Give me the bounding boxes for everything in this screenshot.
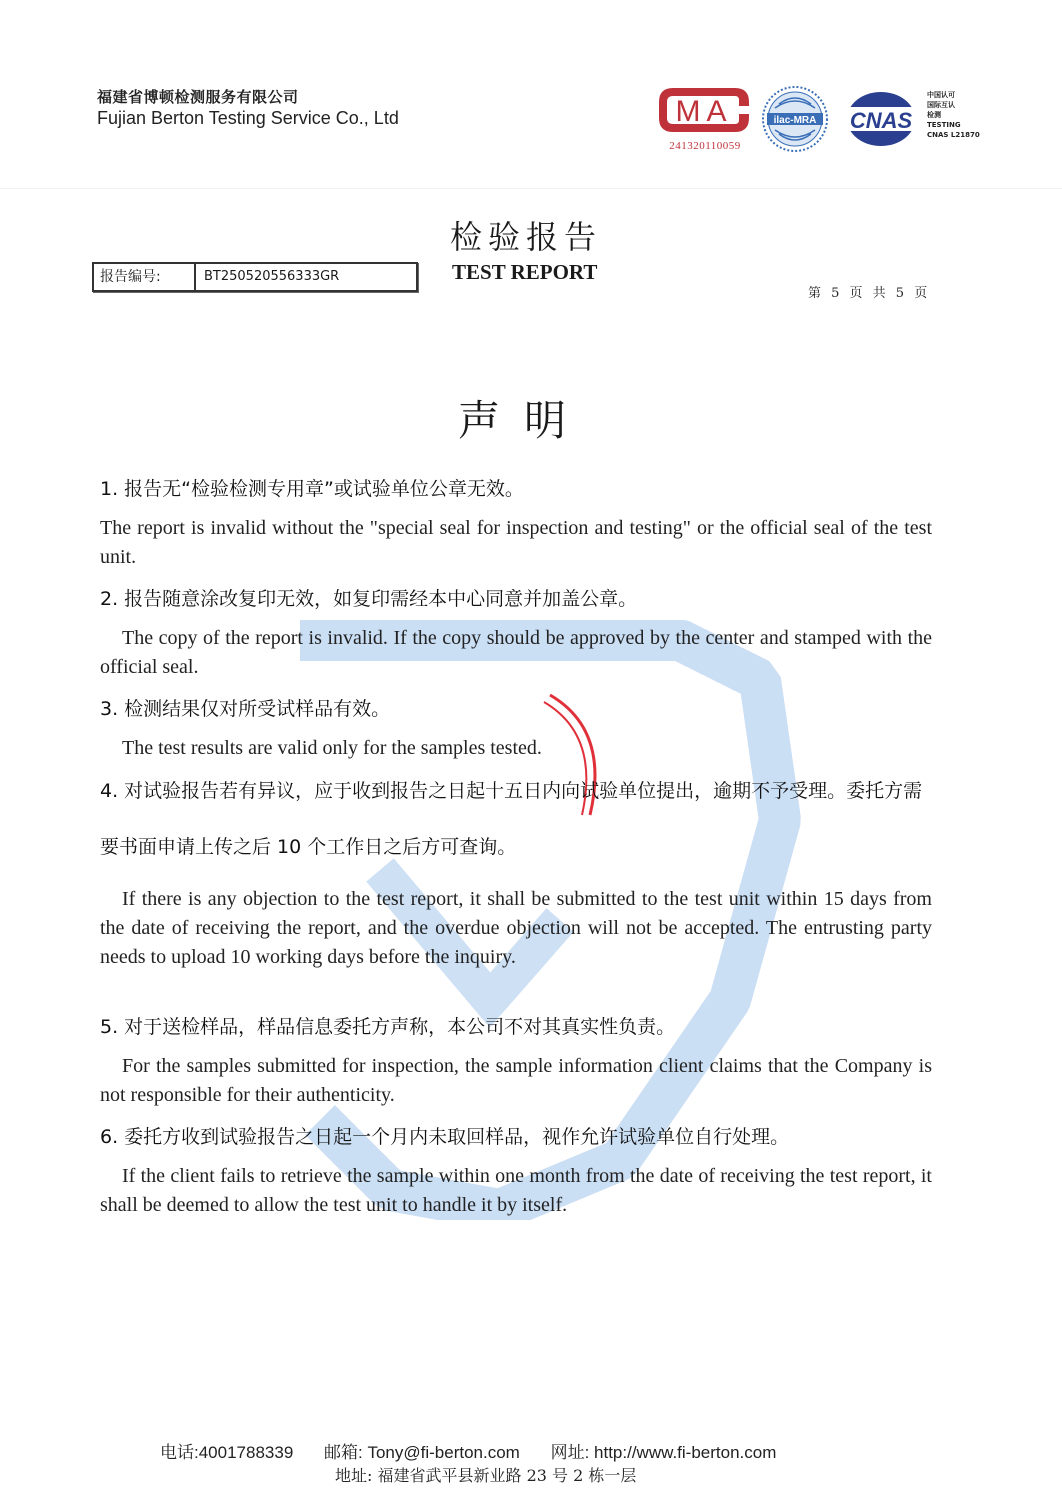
company-name-en: Fujian Berton Testing Service Co., Ltd: [97, 108, 399, 129]
declaration-item-cn: 1. 报告无“检验检测专用章”或试验单位公章无效。: [100, 474, 932, 504]
footer-address: 地址: 福建省武平县新业路 23 号 2 栋一层: [335, 1463, 636, 1486]
declaration-item: 3. 检测结果仅对所受试样品有效。 The test results are v…: [100, 694, 932, 763]
declaration-item: 5. 对于送检样品，样品信息委托方声称，本公司不对其真实性负责。 For the…: [100, 1012, 932, 1110]
footer-phone: 电话:4001788339: [160, 1443, 293, 1462]
company-name-cn: 福建省博顿检测服务有限公司: [97, 86, 299, 107]
declaration-item: 2. 报告随意涂改复印无效，如复印需经本中心同意并加盖公章。 The copy …: [100, 584, 932, 682]
footer-website: 网址: http://www.fi-berton.com: [551, 1443, 777, 1462]
header-divider: [0, 188, 1062, 189]
report-number-box: 报告编号: BT250520556333GR: [92, 262, 418, 292]
declaration-item-en: If there is any objection to the test re…: [100, 885, 932, 972]
footer-contact: 电话:4001788339 邮箱: Tony@fi-berton.com 网址:…: [160, 1438, 900, 1463]
declaration-item-en: The test results are valid only for the …: [100, 734, 932, 763]
declaration-item: 4. 对试验报告若有异议，应于收到报告之日起十五日内向试验单位提出，逾期不予受理…: [100, 763, 932, 972]
ilac-mra-logo-icon: ilac-MRA: [761, 84, 829, 154]
report-number-label: 报告编号:: [94, 264, 196, 290]
declaration-item-cn: 5. 对于送检样品，样品信息委托方声称，本公司不对其真实性负责。: [100, 1012, 932, 1042]
cnas-logo-icon: CNAS: [840, 90, 922, 148]
page-indicator: 第 5 页 共 5 页: [808, 282, 930, 301]
declaration-item-en: The copy of the report is invalid. If th…: [100, 624, 932, 682]
declaration-item-cn: 2. 报告随意涂改复印无效，如复印需经本中心同意并加盖公章。: [100, 584, 932, 614]
cnas-accreditation-text: 中国认可 国际互认 检测 TESTING CNAS L21870: [927, 90, 980, 140]
report-title-en: TEST REPORT: [452, 260, 597, 285]
cma-logo-icon: MA: [655, 84, 753, 136]
declaration-item-cn: 4. 对试验报告若有异议，应于收到报告之日起十五日内向试验单位提出，逾期不予受理…: [100, 763, 932, 875]
declaration-item-en: The report is invalid without the "speci…: [100, 514, 932, 572]
declaration-item-en: If the client fails to retrieve the samp…: [100, 1162, 932, 1220]
report-title-cn: 检验报告: [450, 212, 602, 258]
report-number-value: BT250520556333GR: [196, 264, 416, 290]
declaration-list: 1. 报告无“检验检测专用章”或试验单位公章无效。 The report is …: [100, 474, 932, 1232]
declaration-title: 声明: [458, 388, 590, 448]
declaration-item-cn: 6. 委托方收到试验报告之日起一个月内未取回样品，视作允许试验单位自行处理。: [100, 1122, 932, 1152]
declaration-item: 1. 报告无“检验检测专用章”或试验单位公章无效。 The report is …: [100, 474, 932, 572]
declaration-item: 6. 委托方收到试验报告之日起一个月内未取回样品，视作允许试验单位自行处理。 I…: [100, 1122, 932, 1220]
footer-email: 邮箱: Tony@fi-berton.com: [324, 1443, 520, 1462]
declaration-item-cn: 3. 检测结果仅对所受试样品有效。: [100, 694, 932, 724]
cma-number: 241320110059: [655, 140, 755, 152]
svg-text:CNAS: CNAS: [850, 108, 913, 133]
svg-text:ilac-MRA: ilac-MRA: [774, 115, 817, 126]
svg-text:MA: MA: [676, 95, 733, 128]
certification-logos: MA 241320110059 ilac-MRA CNAS 中国认可 国际互认 …: [655, 84, 995, 164]
declaration-item-en: For the samples submitted for inspection…: [100, 1052, 932, 1110]
